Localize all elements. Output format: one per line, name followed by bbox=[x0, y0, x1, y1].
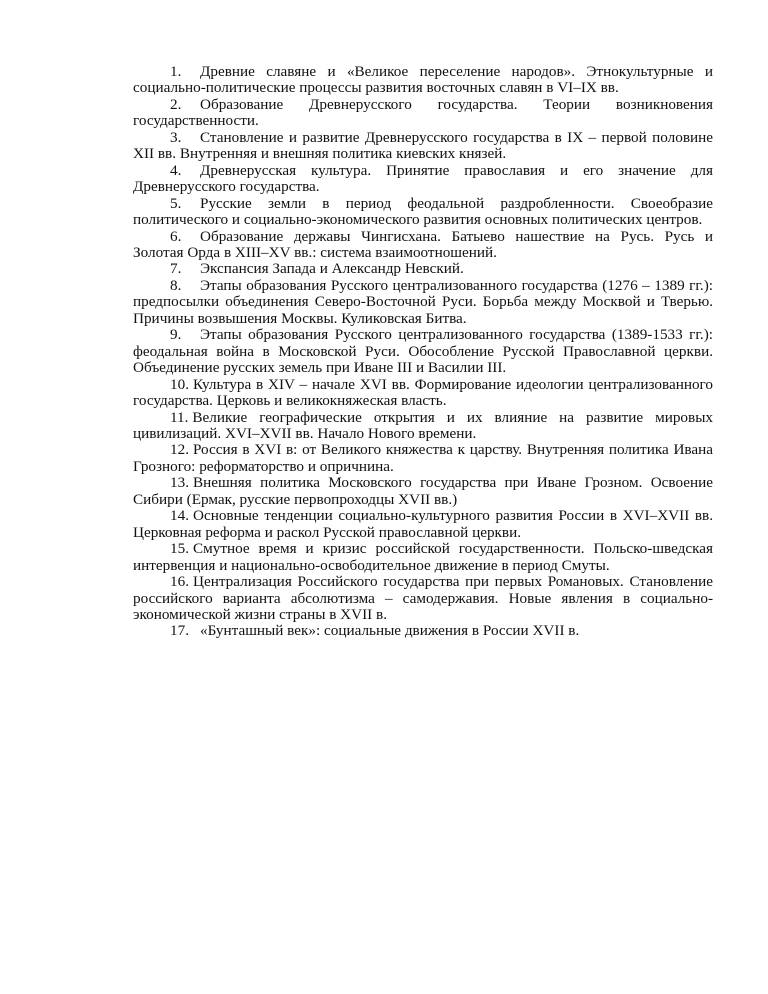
item-number: 8. bbox=[170, 278, 200, 294]
item-text: Централизация Российского государства пр… bbox=[133, 573, 713, 623]
list-item: 13.Внешняя политика Московского государс… bbox=[133, 475, 713, 508]
item-number: 13. bbox=[170, 475, 189, 491]
item-number: 4. bbox=[170, 163, 200, 179]
item-text: Этапы образования Русского централизован… bbox=[133, 326, 713, 376]
list-item: 8.Этапы образования Русского централизов… bbox=[133, 278, 713, 327]
item-text: Внешняя политика Московского государства… bbox=[133, 474, 713, 507]
item-number: 12. bbox=[170, 442, 189, 458]
list-item: 15.Смутное время и кризис российской гос… bbox=[133, 541, 713, 574]
item-text: Становление и развитие Древнерусского го… bbox=[133, 129, 713, 162]
item-number: 3. bbox=[170, 130, 200, 146]
item-number: 14. bbox=[170, 508, 189, 524]
item-number: 1. bbox=[170, 64, 200, 80]
item-text: Культура в XIV – начале XVI вв. Формиров… bbox=[133, 376, 713, 409]
item-number: 15. bbox=[170, 541, 189, 557]
list-item: 11.Великие географические открытия и их … bbox=[133, 410, 713, 443]
item-text: Великие географические открытия и их вли… bbox=[133, 409, 713, 442]
list-item: 1.Древние славяне и «Великое переселение… bbox=[133, 64, 713, 97]
list-item: 4.Древнерусская культура. Принятие право… bbox=[133, 163, 713, 196]
list-item: 6.Образование державы Чингисхана. Батыев… bbox=[133, 229, 713, 262]
item-number: 2. bbox=[170, 97, 200, 113]
list-item: 3.Становление и развитие Древнерусского … bbox=[133, 130, 713, 163]
item-number: 11. bbox=[170, 410, 188, 426]
list-item: 16.Централизация Российского государства… bbox=[133, 574, 713, 623]
item-number: 7. bbox=[170, 261, 200, 277]
item-number: 5. bbox=[170, 196, 200, 212]
item-text: Русские земли в период феодальной раздро… bbox=[133, 195, 713, 228]
item-text: Образование державы Чингисхана. Батыево … bbox=[133, 228, 713, 261]
list-item: 10.Культура в XIV – начале XVI вв. Форми… bbox=[133, 377, 713, 410]
list-item: 5.Русские земли в период феодальной разд… bbox=[133, 196, 713, 229]
item-text: Смутное время и кризис российской госуда… bbox=[133, 540, 713, 573]
list-item: 7.Экспансия Запада и Александр Невский. bbox=[133, 261, 713, 277]
item-text: «Бунташный век»: социальные движения в Р… bbox=[200, 622, 579, 639]
item-number: 17. bbox=[170, 623, 200, 639]
item-number: 6. bbox=[170, 229, 200, 245]
item-number: 16. bbox=[170, 574, 189, 590]
list-item: 9.Этапы образования Русского централизов… bbox=[133, 327, 713, 376]
list-item: 12.Россия в XVI в: от Великого княжества… bbox=[133, 442, 713, 475]
item-text: Древнерусская культура. Принятие правосл… bbox=[133, 162, 713, 195]
item-text: Основные тенденции социально-культурного… bbox=[133, 507, 713, 540]
item-number: 10. bbox=[170, 377, 189, 393]
item-text: Образование Древнерусского государства. … bbox=[133, 96, 713, 129]
item-text: Экспансия Запада и Александр Невский. bbox=[200, 260, 464, 277]
item-text: Россия в XVI в: от Великого княжества к … bbox=[133, 441, 713, 474]
item-text: Этапы образования Русского централизован… bbox=[133, 277, 713, 327]
list-item: 14.Основные тенденции социально-культурн… bbox=[133, 508, 713, 541]
item-text: Древние славяне и «Великое переселение н… bbox=[133, 63, 713, 96]
list-item: 17.«Бунташный век»: социальные движения … bbox=[133, 623, 713, 639]
item-number: 9. bbox=[170, 327, 200, 343]
list-item: 2.Образование Древнерусского государства… bbox=[133, 97, 713, 130]
document-page: 1.Древние славяне и «Великое переселение… bbox=[133, 64, 713, 640]
